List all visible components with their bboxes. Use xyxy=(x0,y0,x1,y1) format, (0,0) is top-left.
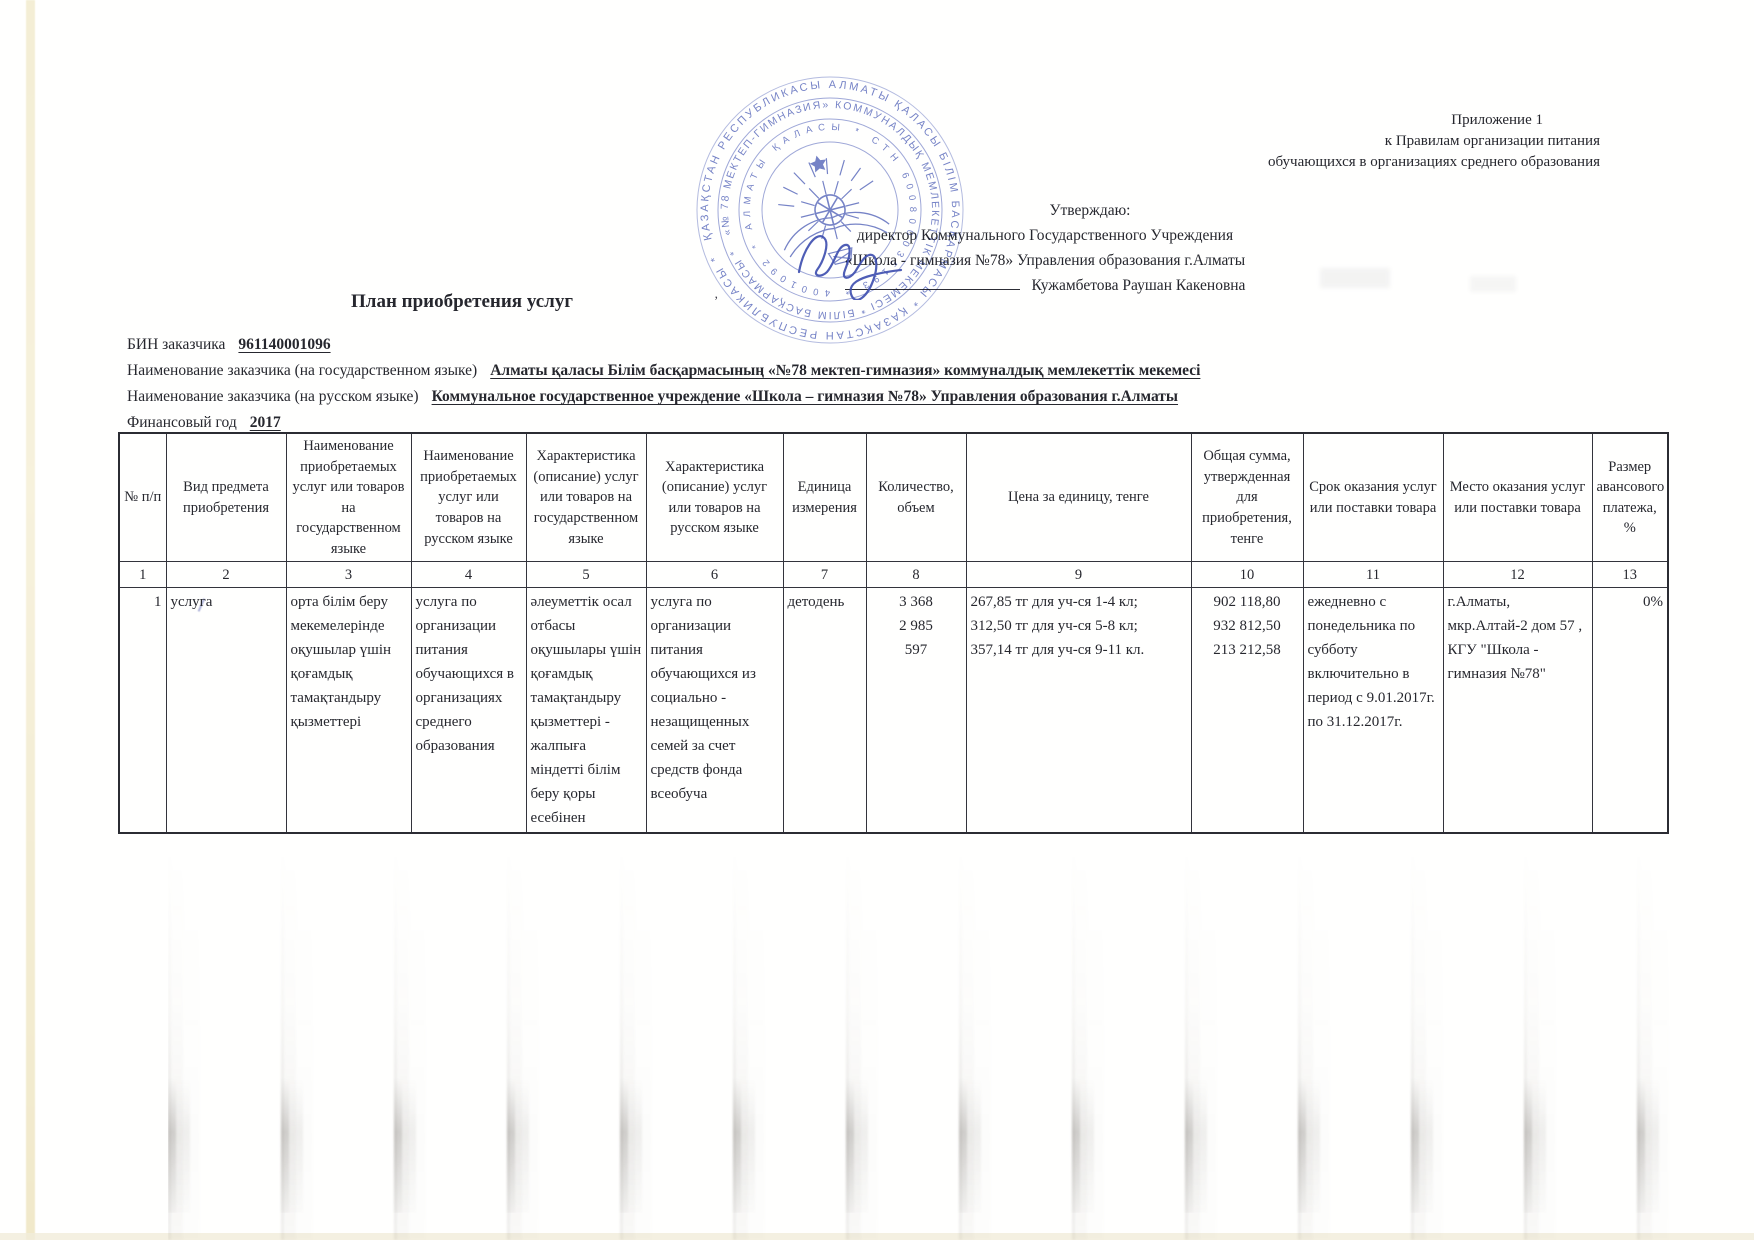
col-num: 10 xyxy=(1191,562,1303,588)
header-place: Место оказания услуг или поставки товара xyxy=(1443,433,1592,562)
cell-unit-price: 267,85 тг для уч-ся 1-4 кл; 312,50 тг дл… xyxy=(966,588,1191,834)
scan-artifact-blotches xyxy=(168,1078,1708,1213)
bin-label: БИН заказчика xyxy=(127,336,225,353)
cell-total: 902 118,80 932 812,50 213 212,58 xyxy=(1191,588,1303,834)
financial-year-line: Финансовый год2017 xyxy=(127,414,281,432)
col-num: 7 xyxy=(783,562,866,588)
cell-no: 1 xyxy=(119,588,166,834)
appendix-line: Приложение 1 xyxy=(1268,110,1600,131)
header-name-kk: Наименование приобретаемых услуг или тов… xyxy=(286,433,411,562)
scan-artifact-bleed xyxy=(1470,276,1516,292)
col-num: 4 xyxy=(411,562,526,588)
header-advance: Размер авансового платежа, % xyxy=(1592,433,1668,562)
year-label: Финансовый год xyxy=(127,414,237,431)
appendix-line: обучающихся в организациях среднего обра… xyxy=(1268,152,1600,173)
approver-name: Кужамбетова Раушан Какеновна xyxy=(1032,277,1246,294)
col-num: 6 xyxy=(646,562,783,588)
header-no: № п/п xyxy=(119,433,166,562)
cell-period: ежедневно с понедельника по субботу вклю… xyxy=(1303,588,1443,834)
appendix-reference: Приложение 1 к Правилам организации пита… xyxy=(1268,110,1600,173)
header-desc-ru: Характеристика (описание) услуг или това… xyxy=(646,433,783,562)
customer-kz-label: Наименование заказчика (на государственн… xyxy=(127,362,477,379)
col-num: 2 xyxy=(166,562,286,588)
col-num: 8 xyxy=(866,562,966,588)
header-name-ru: Наименование приобретаемых услуг или тов… xyxy=(411,433,526,562)
col-num: 1 xyxy=(119,562,166,588)
scanned-document-page: { "doc": { "appendix_lines": [ "Приложен… xyxy=(0,0,1754,1240)
cell-unit: детодень xyxy=(783,588,866,834)
header-period: Срок оказания услуг или поставки товара xyxy=(1303,433,1443,562)
cell-desc-ru: услуга по организации питания обучающихс… xyxy=(646,588,783,834)
cell-name-kk: орта білім беру мекемелерінде оқушылар ү… xyxy=(286,588,411,834)
header-unit-price: Цена за единицу, тенге xyxy=(966,433,1191,562)
bin-line: БИН заказчика961140001096 xyxy=(127,336,331,354)
header-quantity: Количество, объем xyxy=(866,433,966,562)
cell-quantity: 3 368 2 985 597 xyxy=(866,588,966,834)
cell-name-ru: услуга по организации питания обучающихс… xyxy=(411,588,526,834)
cell-place: г.Алматы, мкр.Алтай-2 дом 57 , КГУ "Школ… xyxy=(1443,588,1592,834)
column-number-row: 1 2 3 4 5 6 7 8 9 10 11 12 13 xyxy=(119,562,1668,588)
year-value: 2017 xyxy=(250,414,281,431)
header-unit: Единица измерения xyxy=(783,433,866,562)
col-num: 5 xyxy=(526,562,646,588)
col-num: 12 xyxy=(1443,562,1592,588)
official-round-stamp: ҚАЗАҚСТАН РЕСПУБЛИКАСЫ АЛМАТЫ ҚАЛАСЫ БІЛ… xyxy=(680,60,980,360)
procurement-plan-table: № п/п Вид предмета приобретения Наименов… xyxy=(118,432,1669,834)
appendix-line: к Правилам организации питания xyxy=(1268,131,1600,152)
col-num: 3 xyxy=(286,562,411,588)
col-num: 9 xyxy=(966,562,1191,588)
cell-kind: услуга xyxy=(166,588,286,834)
customer-ru-value: Коммунальное государственное учреждение … xyxy=(432,388,1178,405)
customer-kz-line: Наименование заказчика (на государственн… xyxy=(127,362,1200,380)
handwritten-signature xyxy=(793,222,933,300)
table-header-row: № п/п Вид предмета приобретения Наименов… xyxy=(119,433,1668,562)
document-title: План приобретения услуг xyxy=(322,291,602,313)
table-row: 1 услуга орта білім беру мекемелерінде о… xyxy=(119,588,1668,834)
customer-ru-label: Наименование заказчика (на русском языке… xyxy=(127,388,419,405)
bin-value: 961140001096 xyxy=(238,336,330,353)
customer-kz-value: Алматы қаласы Білім басқармасының «№78 м… xyxy=(490,362,1200,379)
customer-ru-line: Наименование заказчика (на русском языке… xyxy=(127,388,1178,406)
col-num: 13 xyxy=(1592,562,1668,588)
header-desc-kk: Характеристика (описание) услуг или това… xyxy=(526,433,646,562)
cell-advance: 0% xyxy=(1592,588,1668,834)
cell-desc-kk: әлеуметтік осал отбасы оқушылары үшін қо… xyxy=(526,588,646,834)
header-total: Общая сумма, утвержденная для приобретен… xyxy=(1191,433,1303,562)
header-kind: Вид предмета приобретения xyxy=(166,433,286,562)
col-num: 11 xyxy=(1303,562,1443,588)
page-edge-strip xyxy=(26,0,35,1240)
